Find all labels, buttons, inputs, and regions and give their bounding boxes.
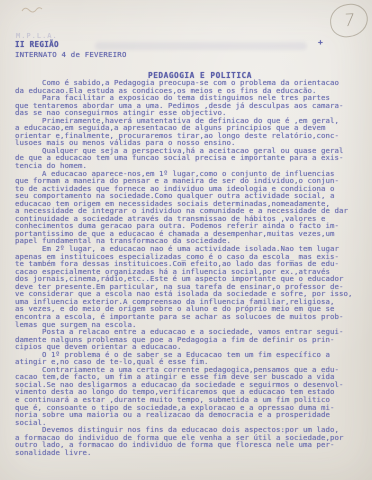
handwritten-page-number: 7 — [328, 2, 370, 39]
plus-mark: + — [318, 38, 323, 47]
scanned-document-page: 7 + M.P.L.A. II REGIÃO INTERNATO 4 de FE… — [0, 0, 372, 480]
header-internato-date: INTERNATO 4 de FEVEREIRO — [15, 50, 127, 59]
page-number-digit: 7 — [343, 10, 355, 31]
document-body: Como é sabido,a Pedagogia preocupa-se co… — [15, 79, 352, 456]
erased-text-smudge — [95, 42, 307, 50]
header-org-faint: M.P.L.A. — [16, 32, 58, 40]
header-region: II REGIÃO — [15, 40, 59, 49]
corner-scribble — [21, 6, 43, 14]
